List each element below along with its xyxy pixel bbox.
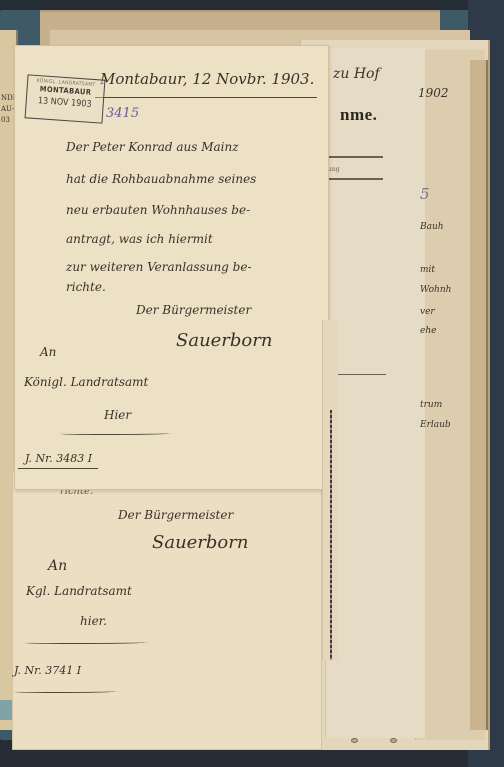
binding-cord	[330, 410, 332, 660]
letter-body-line: richte.	[66, 280, 106, 294]
lower-recipient-line: hier.	[80, 614, 107, 628]
margin-word: Bauh	[420, 222, 444, 232]
margin-word: ehe	[420, 326, 436, 336]
form-rule	[336, 374, 386, 375]
letter-body-line: hat die Rohbauabnahme seines	[66, 172, 256, 186]
margin-word: mit	[420, 265, 435, 275]
lower-letter-closing: Der Bürgermeister	[118, 508, 233, 522]
letter-closing: Der Bürgermeister	[136, 303, 251, 317]
recipient-line: Hier	[104, 408, 131, 422]
letter-body-line: zur weiteren Veranlassung be-	[66, 260, 252, 274]
form-year: 1902	[418, 86, 449, 100]
form-rule	[328, 156, 383, 158]
form-rule	[328, 178, 383, 180]
form-column-label: ung	[328, 166, 340, 173]
fastener-hole	[390, 738, 397, 743]
recipient-line: Königl. Landratsamt	[24, 375, 148, 389]
fastener-hole	[351, 738, 358, 743]
lower-recipient-line: Kgl. Landratsamt	[26, 584, 132, 598]
letter-body-line: neu erbauten Wohnhauses be-	[66, 203, 250, 217]
margin-word: Erlaub	[420, 420, 451, 430]
stack-edge	[470, 60, 488, 730]
letter-body-line: antragt, was ich hiermit	[66, 232, 213, 246]
margin-word: Wohnh	[420, 285, 451, 295]
receipt-stamp: KÖNIGL. LANDRATSAMT MONTABAUR 13 NOV 190…	[25, 74, 106, 123]
reference-mark: 3415	[106, 106, 139, 121]
left-stamp-fragment: AU-	[1, 105, 14, 113]
lower-recipient-line: An	[48, 558, 67, 574]
journal-number: J. Nr. 3483 I	[25, 452, 92, 465]
form-handwriting: zu Hof	[333, 66, 380, 82]
form-title: nme.	[340, 105, 377, 125]
left-stamp-fragment: 03	[1, 116, 10, 124]
margin-word: trum	[420, 400, 442, 410]
letter-signature: Sauerborn	[176, 330, 272, 351]
form-margin-number: 5	[420, 185, 430, 203]
recipient-line: An	[40, 345, 56, 359]
header-rule	[95, 97, 317, 98]
lower-journal-number: J. Nr. 3741 I	[14, 664, 81, 677]
printed-form-sheet	[325, 48, 425, 738]
letter-header-place-date: Montabaur, 12 Novbr. 1903.	[100, 70, 314, 88]
journal-rule	[18, 468, 98, 469]
archive-photo: nme. ung zu Hof 1902 5 Bauh mit Wohnh ve…	[0, 0, 504, 767]
stamp-date: 13 NOV 1903	[26, 95, 103, 110]
letter-body-line: Der Peter Konrad aus Mainz	[66, 140, 239, 154]
lower-letter-signature: Sauerborn	[152, 532, 248, 553]
margin-word: ver	[420, 307, 435, 317]
